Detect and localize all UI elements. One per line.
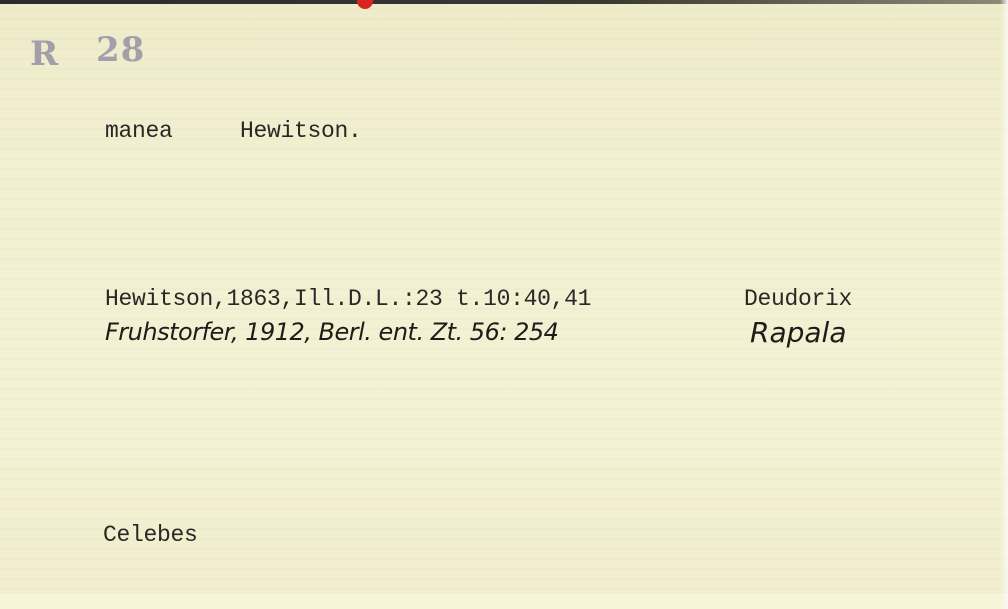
reference-genus-2: Rapala	[750, 316, 846, 349]
species-author: Hewitson.	[240, 118, 362, 144]
red-tab-marker	[357, 0, 373, 9]
species-name: manea	[105, 118, 173, 144]
index-card: R 28 manea Hewitson. Hewitson,1863,Ill.D…	[0, 0, 1008, 609]
stamp-letter: R	[30, 34, 59, 74]
reference-citation-1: Hewitson,1863,Ill.D.L.:23 t.10:40,41	[105, 286, 591, 312]
card-right-edge	[1000, 0, 1008, 609]
reference-genus-1: Deudorix	[744, 286, 852, 312]
card-bottom-edge	[0, 594, 1008, 609]
stamp-number: 28	[96, 30, 145, 70]
locality: Celebes	[103, 522, 198, 548]
reference-citation-2: Fruhstorfer, 1912, Berl. ent. Zt. 56: 25…	[105, 318, 558, 346]
card-top-edge	[0, 0, 1008, 4]
